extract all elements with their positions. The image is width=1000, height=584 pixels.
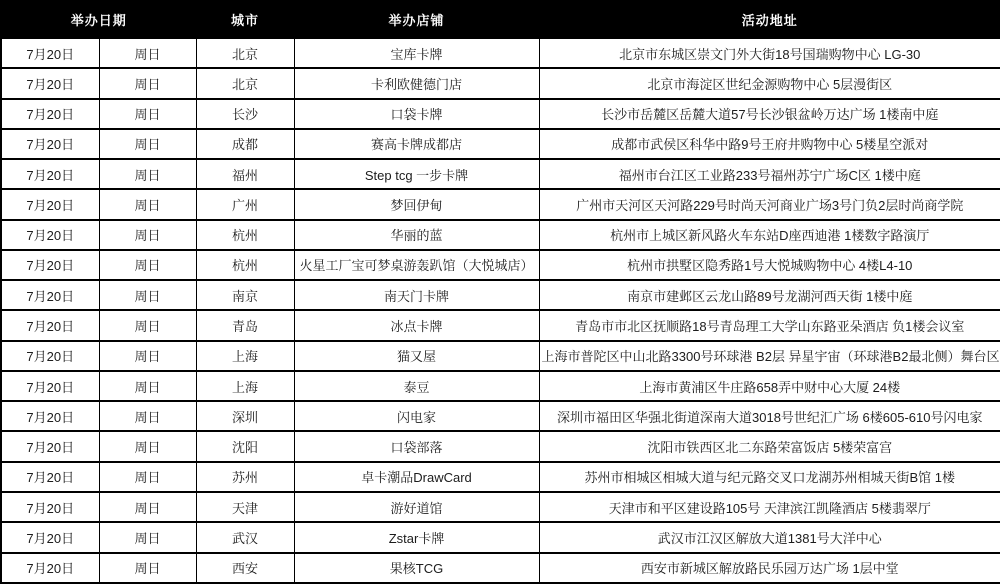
cell-shop: 果核TCG — [294, 553, 539, 583]
cell-shop: 火星工厂宝可梦桌游轰趴馆（大悦城店） — [294, 250, 539, 280]
table-row: 7月20日周日沈阳口袋部落沈阳市铁西区北二东路荣富饭店 5楼荣富宫 — [1, 431, 1000, 461]
cell-address: 北京市海淀区世纪金源购物中心 5层漫街区 — [539, 68, 1000, 98]
cell-city: 福州 — [196, 159, 294, 189]
cell-city: 苏州 — [196, 462, 294, 492]
cell-weekday: 周日 — [99, 129, 196, 159]
cell-weekday: 周日 — [99, 431, 196, 461]
cell-shop: 游好道馆 — [294, 492, 539, 522]
cell-shop: 口袋部落 — [294, 431, 539, 461]
header-city: 城市 — [196, 1, 294, 38]
table-row: 7月20日周日苏州卓卡潮品DrawCard苏州市相城区相城大道与纪元路交叉口龙湖… — [1, 462, 1000, 492]
cell-address: 北京市东城区崇文门外大街18号国瑞购物中心 LG-30 — [539, 38, 1000, 68]
table-row: 7月20日周日上海泰豆上海市黄浦区牛庄路658弄中财中心大厦 24楼 — [1, 371, 1000, 401]
cell-address: 上海市黄浦区牛庄路658弄中财中心大厦 24楼 — [539, 371, 1000, 401]
table-row: 7月20日周日北京卡利欧健德门店北京市海淀区世纪金源购物中心 5层漫街区 — [1, 68, 1000, 98]
cell-address: 南京市建邺区云龙山路89号龙湖河西天街 1楼中庭 — [539, 280, 1000, 310]
cell-shop: 泰豆 — [294, 371, 539, 401]
cell-city: 杭州 — [196, 250, 294, 280]
cell-address: 西安市新城区解放路民乐园万达广场 1层中堂 — [539, 553, 1000, 583]
cell-shop: Zstar卡牌 — [294, 522, 539, 552]
cell-city: 武汉 — [196, 522, 294, 552]
header-row: 举办日期 城市 举办店铺 活动地址 — [1, 1, 1000, 38]
cell-city: 青岛 — [196, 310, 294, 340]
cell-address: 上海市普陀区中山北路3300号环球港 B2层 异星宇宙（环球港B2最北侧）舞台区 — [539, 341, 1000, 371]
cell-shop: 华丽的蓝 — [294, 220, 539, 250]
table-row: 7月20日周日广州梦回伊甸广州市天河区天河路229号时尚天河商业广场3号门负2层… — [1, 189, 1000, 219]
cell-shop: 卡利欧健德门店 — [294, 68, 539, 98]
header-date: 举办日期 — [1, 1, 196, 38]
cell-city: 北京 — [196, 68, 294, 98]
cell-date: 7月20日 — [1, 280, 99, 310]
cell-shop: 口袋卡牌 — [294, 99, 539, 129]
cell-date: 7月20日 — [1, 553, 99, 583]
cell-shop: 宝库卡牌 — [294, 38, 539, 68]
cell-date: 7月20日 — [1, 462, 99, 492]
cell-weekday: 周日 — [99, 522, 196, 552]
cell-date: 7月20日 — [1, 220, 99, 250]
cell-city: 北京 — [196, 38, 294, 68]
table-body: 7月20日周日北京宝库卡牌北京市东城区崇文门外大街18号国瑞购物中心 LG-30… — [1, 38, 1000, 583]
cell-address: 深圳市福田区华强北街道深南大道3018号世纪汇广场 6楼605-610号闪电家 — [539, 401, 1000, 431]
cell-date: 7月20日 — [1, 431, 99, 461]
cell-date: 7月20日 — [1, 492, 99, 522]
cell-date: 7月20日 — [1, 159, 99, 189]
table-row: 7月20日周日上海猫又屋上海市普陀区中山北路3300号环球港 B2层 异星宇宙（… — [1, 341, 1000, 371]
cell-weekday: 周日 — [99, 220, 196, 250]
cell-weekday: 周日 — [99, 250, 196, 280]
cell-date: 7月20日 — [1, 341, 99, 371]
table-row: 7月20日周日南京南天门卡牌南京市建邺区云龙山路89号龙湖河西天街 1楼中庭 — [1, 280, 1000, 310]
cell-city: 沈阳 — [196, 431, 294, 461]
cell-city: 西安 — [196, 553, 294, 583]
header-shop: 举办店铺 — [294, 1, 539, 38]
cell-address: 长沙市岳麓区岳麓大道57号长沙银盆岭万达广场 1楼南中庭 — [539, 99, 1000, 129]
cell-weekday: 周日 — [99, 159, 196, 189]
cell-date: 7月20日 — [1, 99, 99, 129]
table-row: 7月20日周日长沙口袋卡牌长沙市岳麓区岳麓大道57号长沙银盆岭万达广场 1楼南中… — [1, 99, 1000, 129]
table-row: 7月20日周日天津游好道馆天津市和平区建设路105号 天津滨江凯隆酒店 5楼翡翠… — [1, 492, 1000, 522]
cell-address: 广州市天河区天河路229号时尚天河商业广场3号门负2层时尚商学院 — [539, 189, 1000, 219]
table-row: 7月20日周日成都赛高卡牌成都店成都市武侯区科华中路9号王府井购物中心 5楼星空… — [1, 129, 1000, 159]
cell-weekday: 周日 — [99, 99, 196, 129]
cell-date: 7月20日 — [1, 68, 99, 98]
cell-weekday: 周日 — [99, 492, 196, 522]
cell-city: 上海 — [196, 341, 294, 371]
cell-shop: 猫又屋 — [294, 341, 539, 371]
cell-date: 7月20日 — [1, 189, 99, 219]
cell-shop: 闪电家 — [294, 401, 539, 431]
cell-address: 沈阳市铁西区北二东路荣富饭店 5楼荣富宫 — [539, 431, 1000, 461]
cell-date: 7月20日 — [1, 310, 99, 340]
cell-address: 武汉市江汉区解放大道1381号大洋中心 — [539, 522, 1000, 552]
cell-city: 南京 — [196, 280, 294, 310]
cell-date: 7月20日 — [1, 38, 99, 68]
table-row: 7月20日周日福州Step tcg 一步卡牌福州市台江区工业路233号福州苏宁广… — [1, 159, 1000, 189]
cell-weekday: 周日 — [99, 553, 196, 583]
cell-address: 杭州市拱墅区隐秀路1号大悦城购物中心 4楼L4-10 — [539, 250, 1000, 280]
table-row: 7月20日周日杭州火星工厂宝可梦桌游轰趴馆（大悦城店）杭州市拱墅区隐秀路1号大悦… — [1, 250, 1000, 280]
table-row: 7月20日周日深圳闪电家深圳市福田区华强北街道深南大道3018号世纪汇广场 6楼… — [1, 401, 1000, 431]
cell-weekday: 周日 — [99, 462, 196, 492]
cell-shop: 南天门卡牌 — [294, 280, 539, 310]
cell-city: 杭州 — [196, 220, 294, 250]
cell-address: 青岛市市北区抚顺路18号青岛理工大学山东路亚朵酒店 负1楼会议室 — [539, 310, 1000, 340]
event-schedule-table: 举办日期 城市 举办店铺 活动地址 7月20日周日北京宝库卡牌北京市东城区崇文门… — [0, 0, 1000, 584]
cell-weekday: 周日 — [99, 68, 196, 98]
cell-address: 福州市台江区工业路233号福州苏宁广场C区 1楼中庭 — [539, 159, 1000, 189]
cell-date: 7月20日 — [1, 522, 99, 552]
cell-shop: 卓卡潮品DrawCard — [294, 462, 539, 492]
cell-address: 杭州市上城区新风路火车东站D座西迪港 1楼数字路演厅 — [539, 220, 1000, 250]
cell-city: 成都 — [196, 129, 294, 159]
cell-city: 长沙 — [196, 99, 294, 129]
table-row: 7月20日周日武汉Zstar卡牌武汉市江汉区解放大道1381号大洋中心 — [1, 522, 1000, 552]
cell-weekday: 周日 — [99, 371, 196, 401]
cell-weekday: 周日 — [99, 189, 196, 219]
cell-date: 7月20日 — [1, 371, 99, 401]
cell-shop: 赛高卡牌成都店 — [294, 129, 539, 159]
cell-date: 7月20日 — [1, 129, 99, 159]
cell-date: 7月20日 — [1, 401, 99, 431]
cell-city: 广州 — [196, 189, 294, 219]
table-row: 7月20日周日杭州华丽的蓝杭州市上城区新风路火车东站D座西迪港 1楼数字路演厅 — [1, 220, 1000, 250]
cell-weekday: 周日 — [99, 401, 196, 431]
cell-shop: Step tcg 一步卡牌 — [294, 159, 539, 189]
header-address: 活动地址 — [539, 1, 1000, 38]
cell-weekday: 周日 — [99, 310, 196, 340]
cell-address: 成都市武侯区科华中路9号王府井购物中心 5楼星空派对 — [539, 129, 1000, 159]
cell-city: 深圳 — [196, 401, 294, 431]
cell-city: 天津 — [196, 492, 294, 522]
cell-weekday: 周日 — [99, 38, 196, 68]
table-row: 7月20日周日青岛冰点卡牌青岛市市北区抚顺路18号青岛理工大学山东路亚朵酒店 负… — [1, 310, 1000, 340]
table-row: 7月20日周日北京宝库卡牌北京市东城区崇文门外大街18号国瑞购物中心 LG-30 — [1, 38, 1000, 68]
cell-address: 苏州市相城区相城大道与纪元路交叉口龙湖苏州相城天街B馆 1楼 — [539, 462, 1000, 492]
cell-weekday: 周日 — [99, 341, 196, 371]
cell-weekday: 周日 — [99, 280, 196, 310]
table-row: 7月20日周日西安果核TCG西安市新城区解放路民乐园万达广场 1层中堂 — [1, 553, 1000, 583]
cell-city: 上海 — [196, 371, 294, 401]
cell-shop: 冰点卡牌 — [294, 310, 539, 340]
cell-date: 7月20日 — [1, 250, 99, 280]
cell-shop: 梦回伊甸 — [294, 189, 539, 219]
cell-address: 天津市和平区建设路105号 天津滨江凯隆酒店 5楼翡翠厅 — [539, 492, 1000, 522]
